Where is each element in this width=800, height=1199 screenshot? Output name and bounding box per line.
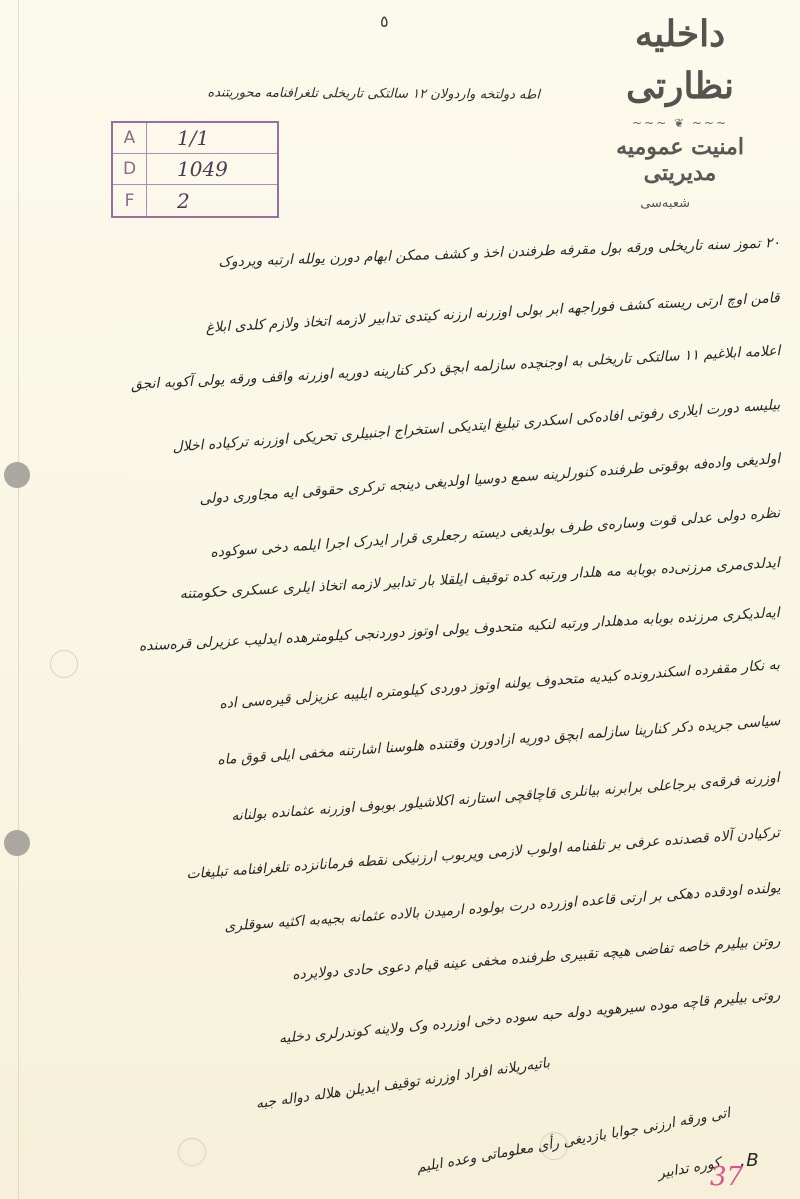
body-line: اعلامه ابلاغیم ١١ سالتکی تاریخلی به اوجن… <box>130 343 780 393</box>
punch-hole <box>4 830 30 856</box>
body-line: اولدیغی واده‌فه بوقوتی طرفنده کنورلرینه … <box>199 451 781 508</box>
letterhead-subtitle: امنیت عمومیه مدیریتی <box>580 134 780 186</box>
header-line: اطه دولتخه واردولان ١٢ سالتکی تاریخلی تل… <box>60 84 540 102</box>
body-line: ٢٠ تموز سنه تاریخلی ورقه بول مقرفه طرفند… <box>218 235 780 271</box>
letterhead: داخلیه نظارتی ~~~ ❦ ~~~ امنیت عمومیه مدی… <box>580 8 780 211</box>
body-line: سیاسی جریده دکر کنارینا سازلمه ابچق دوری… <box>217 713 781 768</box>
body-line: نظره دولی عدلی قوت وساره‌ی طرف بولدیغی د… <box>210 505 781 561</box>
body-line: ایدلدی‌مری مرزنی‌ده بوبابه مه هلدار ورتب… <box>180 555 781 602</box>
punch-hole-faint <box>178 1138 206 1166</box>
punch-hole <box>4 462 30 488</box>
body-line: روتی بیلیرم قاچه موده سیرهویه دوله حبه س… <box>278 987 781 1047</box>
folio-number: 37 <box>710 1162 743 1192</box>
body-line: بیلیسه دورت ایلاری رفوتی افاده‌کی اسکدری… <box>172 397 781 455</box>
body-line: روتن بیلیرم خاصه تفاضی هیچه تقبیری طرفند… <box>291 933 780 983</box>
document-page: ٥ داخلیه نظارتی ~~~ ❦ ~~~ امنیت عمومیه م… <box>0 0 800 1199</box>
body-line: اوزرنه فرقه‌ی برجاعلی برابرنه بیانلری قا… <box>231 770 780 824</box>
stamp-label-f: F <box>113 185 147 216</box>
body-line: ایه‌لد‌یکری مرزنده بوبابه مدهلدار ورتبه … <box>139 605 781 655</box>
letterhead-title: داخلیه نظارتی <box>580 8 780 112</box>
page-marker: ٥ <box>380 12 389 31</box>
body-line: به نکار مقفرده اسکندرونده کیدیه متحدوف ی… <box>219 657 781 712</box>
stamp-value-a: 1/1 <box>147 123 277 154</box>
archive-stamp: A 1/1 D 1049 F 2 <box>111 121 279 218</box>
margin-line <box>18 0 19 1199</box>
body-line: باتیه‌ریلانه افراد اوزرنه توقیف ایدیلن ه… <box>255 1055 551 1112</box>
stamp-label-a: A <box>113 123 147 154</box>
stamp-label-d: D <box>113 154 147 185</box>
letterhead-ornament: ~~~ ❦ ~~~ <box>580 116 780 130</box>
stamp-value-d: 1049 <box>147 154 277 185</box>
body-line: قامن اوچ ارتی ریسته کشف فوراجهه ابر بولی… <box>206 290 781 336</box>
punch-hole-faint <box>50 650 78 678</box>
punch-hole-faint <box>540 1132 568 1160</box>
letterhead-branch: شعبه‌سی <box>580 196 780 211</box>
stamp-value-f: 2 <box>147 185 277 216</box>
body-line: یولنده اودقده دهکی بر ارتی قاعده اوزرده … <box>223 880 780 935</box>
body-line: ترکیادن آلاه قصدنده عرفی بر تلفنامه اولو… <box>186 825 781 882</box>
